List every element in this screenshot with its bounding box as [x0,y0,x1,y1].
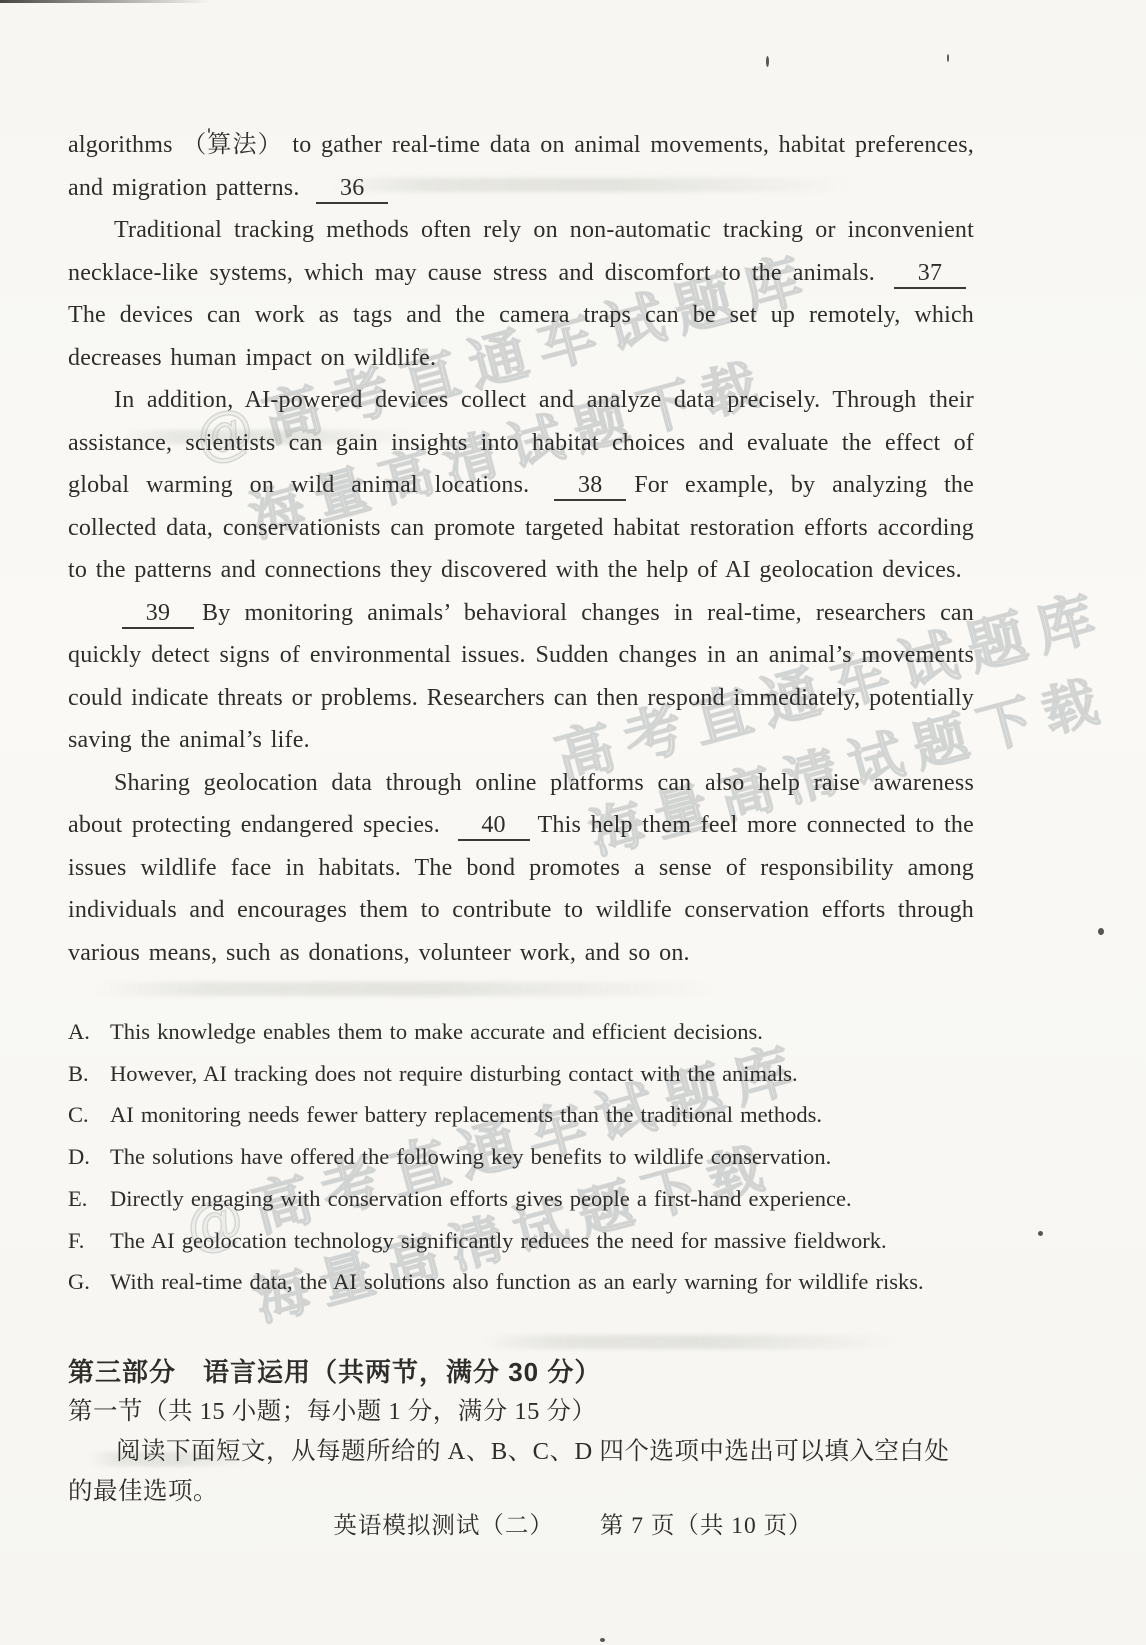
option-label: C. [68,1094,110,1136]
scan-speck [600,1638,605,1642]
footer-page-number: 第 7 页（共 10 页） [600,1508,813,1544]
scan-speck [947,54,949,62]
scan-speck [1038,1231,1043,1236]
option-label: D. [68,1136,110,1178]
instruction-line-1: 阅读下面短文，从每题所给的 A、B、C、D 四个选项中选出可以填入空白处 [68,1432,974,1472]
passage-paragraph: Sharing geolocation data through online … [68,762,974,975]
option-label: E. [68,1178,110,1220]
scan-speck [766,56,769,67]
part3-heading: 第三部分 语言运用（共两节，满分 30 分） [68,1352,974,1392]
gap-blank-40: 40 [458,813,530,841]
gap-blank-39: 39 [122,601,194,629]
passage-text: Traditional tracking methods often rely … [68,217,974,286]
scan-speck [1098,928,1104,935]
option-label: F. [68,1220,110,1262]
option-A: A.This knowledge enables them to make ac… [68,1011,974,1053]
option-label: A. [68,1011,110,1053]
option-text: However, AI tracking does not require di… [110,1053,974,1095]
option-text: AI monitoring needs fewer battery replac… [110,1094,974,1136]
scanned-exam-page: algorithms （算法） to gather real-time data… [0,0,1146,1645]
passage-text: By monitoring animals’ behavioral change… [68,600,974,754]
passage-paragraph: In addition, AI-powered devices collect … [68,379,974,592]
passage-paragraph: 39By monitoring animals’ behavioral chan… [68,592,974,762]
option-C: C.AI monitoring needs fewer battery repl… [68,1094,974,1136]
footer-exam-title: 英语模拟测试（二） [333,1508,554,1544]
option-E: E.Directly engaging with conservation ef… [68,1178,974,1220]
gap-blank-37: 37 [894,261,966,289]
option-B: B.However, AI tracking does not require … [68,1053,974,1095]
option-text: This knowledge enables them to make accu… [110,1011,974,1053]
passage-paragraph: algorithms （算法） to gather real-time data… [68,124,974,209]
section1-subheading: 第一节（共 15 小题；每小题 1 分，满分 15 分） [68,1392,974,1432]
gap-blank-38: 38 [554,473,626,501]
passage-text: The devices can work as tags and the cam… [68,302,974,371]
passage-text: algorithms （算法） to gather real-time data… [68,132,974,201]
gap-blank-36: 36 [316,176,388,204]
option-G: G.With real-time data, the AI solutions … [68,1261,974,1303]
page-content: algorithms （算法） to gather real-time data… [68,124,974,1512]
option-text: Directly engaging with conservation effo… [110,1178,974,1220]
passage: algorithms （算法） to gather real-time data… [68,124,974,974]
options-list: A.This knowledge enables them to make ac… [68,1011,974,1303]
option-D: D.The solutions have offered the followi… [68,1136,974,1178]
option-text: The solutions have offered the following… [110,1136,974,1178]
scan-speck [208,128,210,133]
instruction-line-2: 的最佳选项。 [68,1472,974,1512]
page-footer: 英语模拟测试（二） 第 7 页（共 10 页） [0,1508,1146,1544]
option-F: F.The AI geolocation technology signific… [68,1220,974,1262]
option-label: B. [68,1053,110,1095]
scan-edge-artifact [0,0,210,3]
option-text: The AI geolocation technology significan… [110,1220,974,1262]
passage-paragraph: Traditional tracking methods often rely … [68,209,974,379]
option-text: With real-time data, the AI solutions al… [110,1261,974,1303]
option-label: G. [68,1261,110,1303]
section-three-block: 第三部分 语言运用（共两节，满分 30 分） 第一节（共 15 小题；每小题 1… [68,1352,974,1512]
